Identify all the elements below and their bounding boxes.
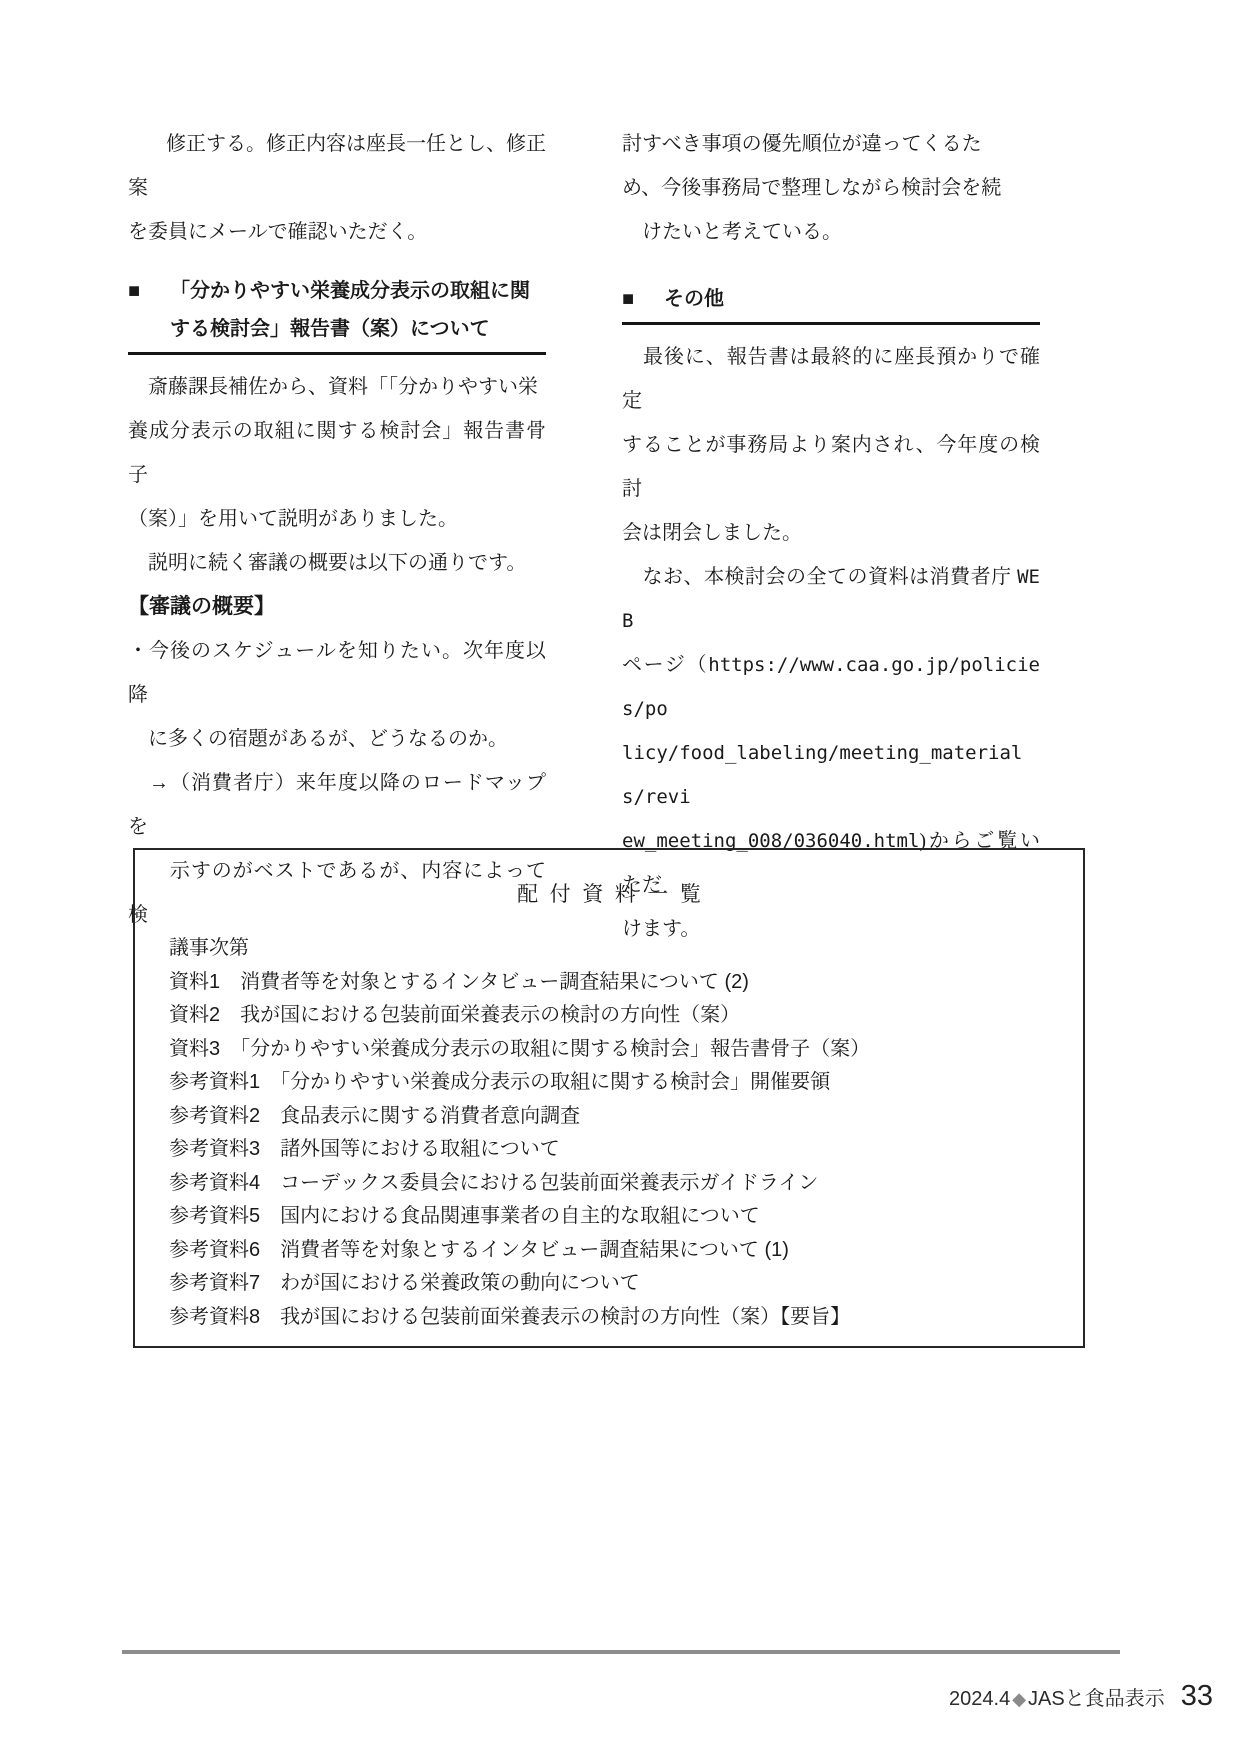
page-number: 33 bbox=[1181, 1680, 1213, 1713]
body-text: ページ（ bbox=[622, 654, 708, 676]
report-paragraph-1: 斎藤課長補佐から、資料「「分かりやすい栄 養成分表示の取組に関する検討会」報告書… bbox=[128, 365, 546, 541]
list-item: 資料1 消費者等を対象とするインタビュー調査結果について (2) bbox=[169, 966, 1063, 1000]
section-heading-text: その他 bbox=[664, 280, 724, 318]
footer: 2024.4 ◆ JASと食品表示 33 bbox=[949, 1680, 1213, 1713]
list-item: 参考資料8 我が国における包装前面栄養表示の検討の方向性（案）【要旨】 bbox=[169, 1301, 1063, 1335]
square-bullet-icon: ■ bbox=[622, 280, 664, 318]
handout-box-title: 配付資料一覧 bbox=[135, 878, 1083, 908]
list-item: 参考資料1 「分かりやすい栄養成分表示の取組に関する検討会」開催要領 bbox=[169, 1066, 1063, 1100]
list-item: 参考資料2 食品表示に関する消費者意向調査 bbox=[169, 1100, 1063, 1134]
section-heading-other: ■ その他 bbox=[622, 280, 1040, 325]
body-text: なお、本検討会の全ての資料は消費者庁 bbox=[622, 566, 1017, 588]
right-column: 討すべき事項の優先順位が違ってくるた め、今後事務局で整理しながら検討会を続 け… bbox=[622, 122, 1040, 951]
other-paragraph-1: 最後に、報告書は最終的に座長預かりで確定 することが事務局より案内され、今年度の… bbox=[622, 335, 1040, 555]
list-item: 参考資料7 わが国における栄養政策の動向について bbox=[169, 1267, 1063, 1301]
list-item: 資料2 我が国における包装前面栄養表示の検討の方向性（案） bbox=[169, 999, 1063, 1033]
left-column: 修正する。修正内容は座長一任とし、修正案 を委員にメールで確認いただく。 ■ 「… bbox=[128, 122, 546, 937]
list-item: 参考資料6 消費者等を対象とするインタビュー調査結果について (1) bbox=[169, 1234, 1063, 1268]
section-heading-text: 「分かりやすい栄養成分表示の取組に関 する検討会」報告書（案）について bbox=[170, 272, 530, 348]
handout-list-box: 配付資料一覧 議事次第 資料1 消費者等を対象とするインタビュー調査結果について… bbox=[133, 848, 1085, 1348]
list-item: 議事次第 bbox=[169, 932, 1063, 966]
url-text: https://www.caa.go.jp/policies/po licy/f… bbox=[622, 654, 1040, 852]
continuation-paragraph: 修正する。修正内容は座長一任とし、修正案 を委員にメールで確認いただく。 bbox=[128, 122, 546, 254]
section-heading-report: ■ 「分かりやすい栄養成分表示の取組に関 する検討会」報告書（案）について bbox=[128, 272, 546, 355]
list-item: 参考資料4 コーデックス委員会における包装前面栄養表示ガイドライン bbox=[169, 1167, 1063, 1201]
footer-issue: 2024.4 bbox=[949, 1688, 1010, 1711]
summary-label: 【審議の概要】 bbox=[128, 585, 546, 629]
square-bullet-icon: ■ bbox=[128, 272, 170, 310]
document-page: 修正する。修正内容は座長一任とし、修正案 を委員にメールで確認いただく。 ■ 「… bbox=[0, 0, 1241, 1754]
footer-divider bbox=[122, 1650, 1120, 1654]
report-paragraph-2: 説明に続く審議の概要は以下の通りです。 bbox=[128, 541, 546, 585]
summary-bullet-item: ・今後のスケジュールを知りたい。次年度以降 に多くの宿題があるが、どうなるのか。 bbox=[128, 629, 546, 761]
list-item: 資料3 「分かりやすい栄養成分表示の取組に関する検討会」報告書骨子（案） bbox=[169, 1033, 1063, 1067]
list-item: 参考資料5 国内における食品関連事業者の自主的な取組について bbox=[169, 1200, 1063, 1234]
diamond-icon: ◆ bbox=[1012, 1689, 1026, 1710]
continuation-paragraph: 討すべき事項の優先順位が違ってくるた め、今後事務局で整理しながら検討会を続 け… bbox=[622, 122, 1040, 254]
footer-journal-title: JASと食品表示 bbox=[1028, 1682, 1165, 1711]
list-item: 参考資料3 諸外国等における取組について bbox=[169, 1133, 1063, 1167]
handout-item-list: 議事次第 資料1 消費者等を対象とするインタビュー調査結果について (2) 資料… bbox=[169, 932, 1063, 1334]
